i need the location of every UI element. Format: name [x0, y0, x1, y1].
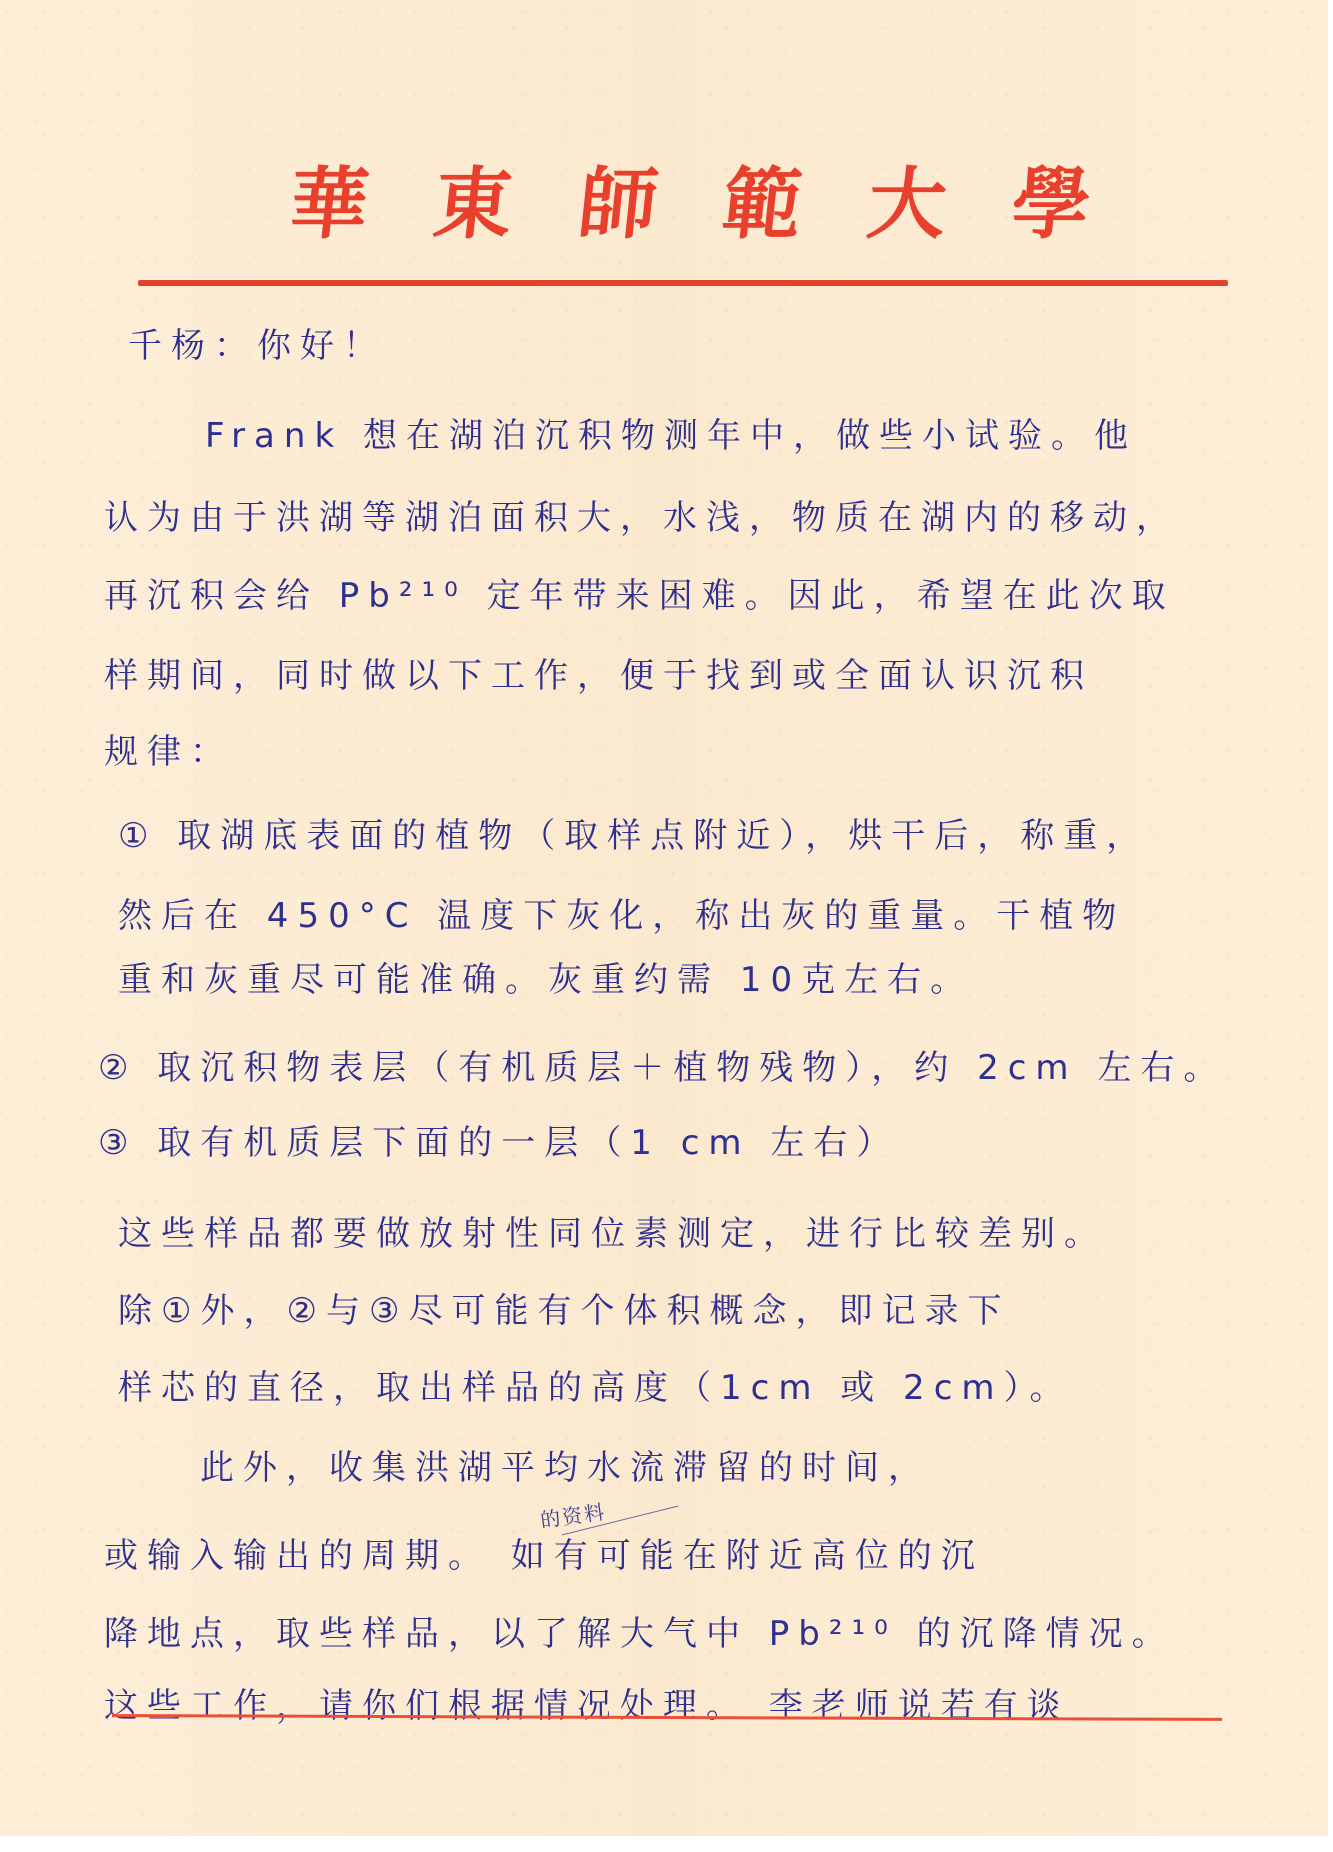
letterhead-char: 師	[575, 166, 661, 244]
letter-line: 再沉积会给 Pb²¹⁰ 定年带来困难。因此，希望在此次取	[104, 568, 1175, 617]
letter-line: 或输入输出的周期。 如有可能在附近高位的沉	[104, 1528, 984, 1577]
letter-line: 降地点，取些样品，以了解大气中 Pb²¹⁰ 的沉降情况。	[104, 1606, 1175, 1655]
letter-line: 认为由于洪湖等湖泊面积大，水浅，物质在湖内的移动，	[104, 490, 1179, 539]
letter-line: 除①外，②与③尽可能有个体积概念，即记录下	[118, 1283, 1010, 1332]
letter-line: 样芯的直径，取出样品的高度（1cm 或 2cm）。	[118, 1360, 1073, 1409]
letterhead-char: 華	[286, 166, 372, 244]
letter-line: 此外，收集洪湖平均水流滞留的时间，	[200, 1440, 931, 1489]
letter-line: 然后在 450°C 温度下灰化，称出灰的重量。干植物	[118, 888, 1125, 937]
letterhead-char: 東	[430, 166, 516, 244]
letterhead-char: 範	[719, 166, 805, 244]
letter-line: 样期间，同时做以下工作，便于找到或全面认识沉积	[104, 648, 1093, 697]
letter-line: 这些样品都要做放射性同位素测定，进行比较差别。	[118, 1206, 1107, 1255]
letter-line: Frank 想在湖泊沉积物测年中，做些小试验。他	[205, 408, 1137, 457]
letter-line: 规律：	[104, 724, 233, 773]
letterhead-rule	[138, 280, 1228, 286]
letterhead-char: 大	[863, 166, 949, 244]
letter-line: 重和灰重尽可能准确。灰重约需 10克左右。	[118, 952, 973, 1001]
list-item-2: ② 取沉积物表层（有机质层＋植物残物），约 2cm 左右。	[98, 1040, 1226, 1089]
list-item-3: ③ 取有机质层下面的一层（1 cm 左右）	[98, 1115, 899, 1164]
letterhead: 華 東 師 範 大 學	[290, 150, 1090, 260]
list-item-1: ① 取湖底表面的植物（取样点附近），烘干后，称重，	[118, 808, 1149, 857]
salutation: 千杨：你好！	[128, 318, 386, 367]
letterhead-char: 學	[1008, 166, 1094, 244]
